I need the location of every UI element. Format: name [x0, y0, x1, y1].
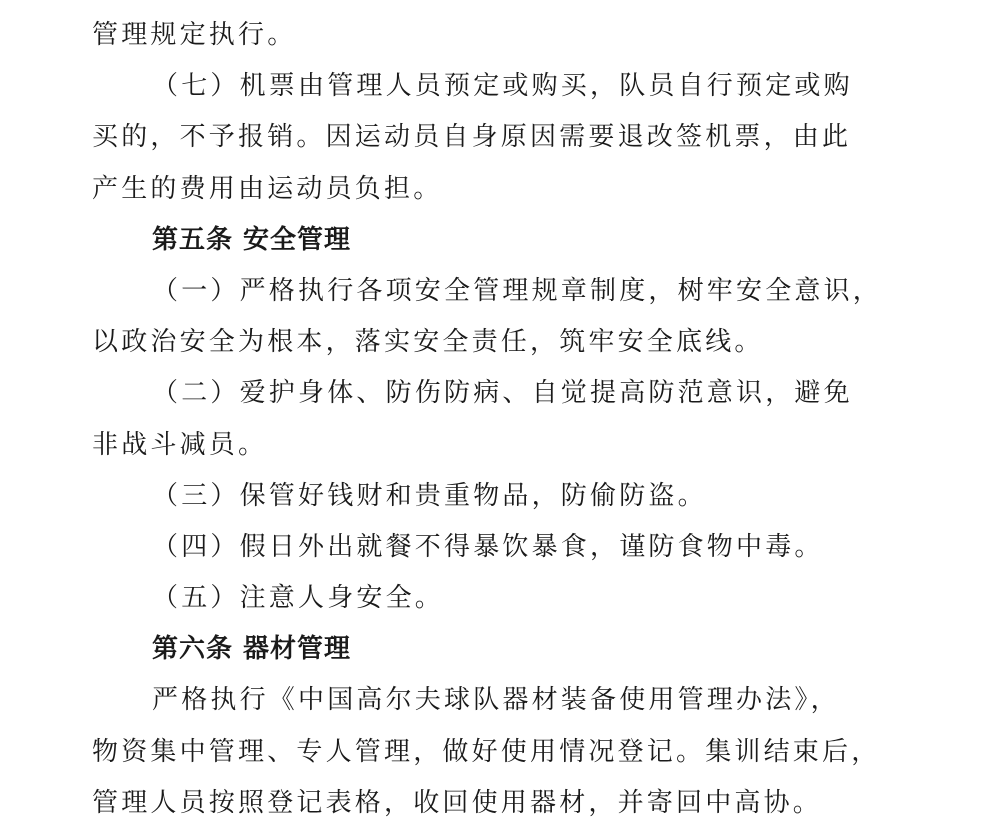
text-line-item-2: （二）爱护身体、防伤防病、自觉提高防范意识，避免: [92, 368, 862, 419]
text-line: 物资集中管理、专人管理，做好使用情况登记。集训结束后，: [92, 727, 862, 778]
text-line-item-7: （七）机票由管理人员预定或购买，队员自行预定或购: [92, 61, 862, 112]
text-line-item-4: （四）假日外出就餐不得暴饮暴食，谨防食物中毒。: [92, 522, 862, 573]
text-line: 产生的费用由运动员负担。: [92, 164, 862, 215]
text-line: 严格执行《中国高尔夫球队器材装备使用管理办法》，: [92, 675, 862, 726]
section-heading-article-6: 第六条 器材管理: [92, 624, 862, 675]
text-line: 非战斗减员。: [92, 420, 862, 471]
text-line: 管理规定执行。: [92, 10, 862, 61]
text-line-item-1: （一）严格执行各项安全管理规章制度，树牢安全意识，: [92, 266, 862, 317]
text-line: 管理人员按照登记表格，收回使用器材，并寄回中高协。: [92, 778, 862, 829]
section-heading-article-5: 第五条 安全管理: [92, 215, 862, 266]
text-line-item-3: （三）保管好钱财和贵重物品，防偷防盗。: [92, 471, 862, 522]
document-page: 管理规定执行。 （七）机票由管理人员预定或购买，队员自行预定或购 买的，不予报销…: [92, 10, 862, 829]
text-line: 以政治安全为根本，落实安全责任，筑牢安全底线。: [92, 317, 862, 368]
text-line: 买的，不予报销。因运动员自身原因需要退改签机票，由此: [92, 112, 862, 163]
text-line-item-5: （五）注意人身安全。: [92, 573, 862, 624]
